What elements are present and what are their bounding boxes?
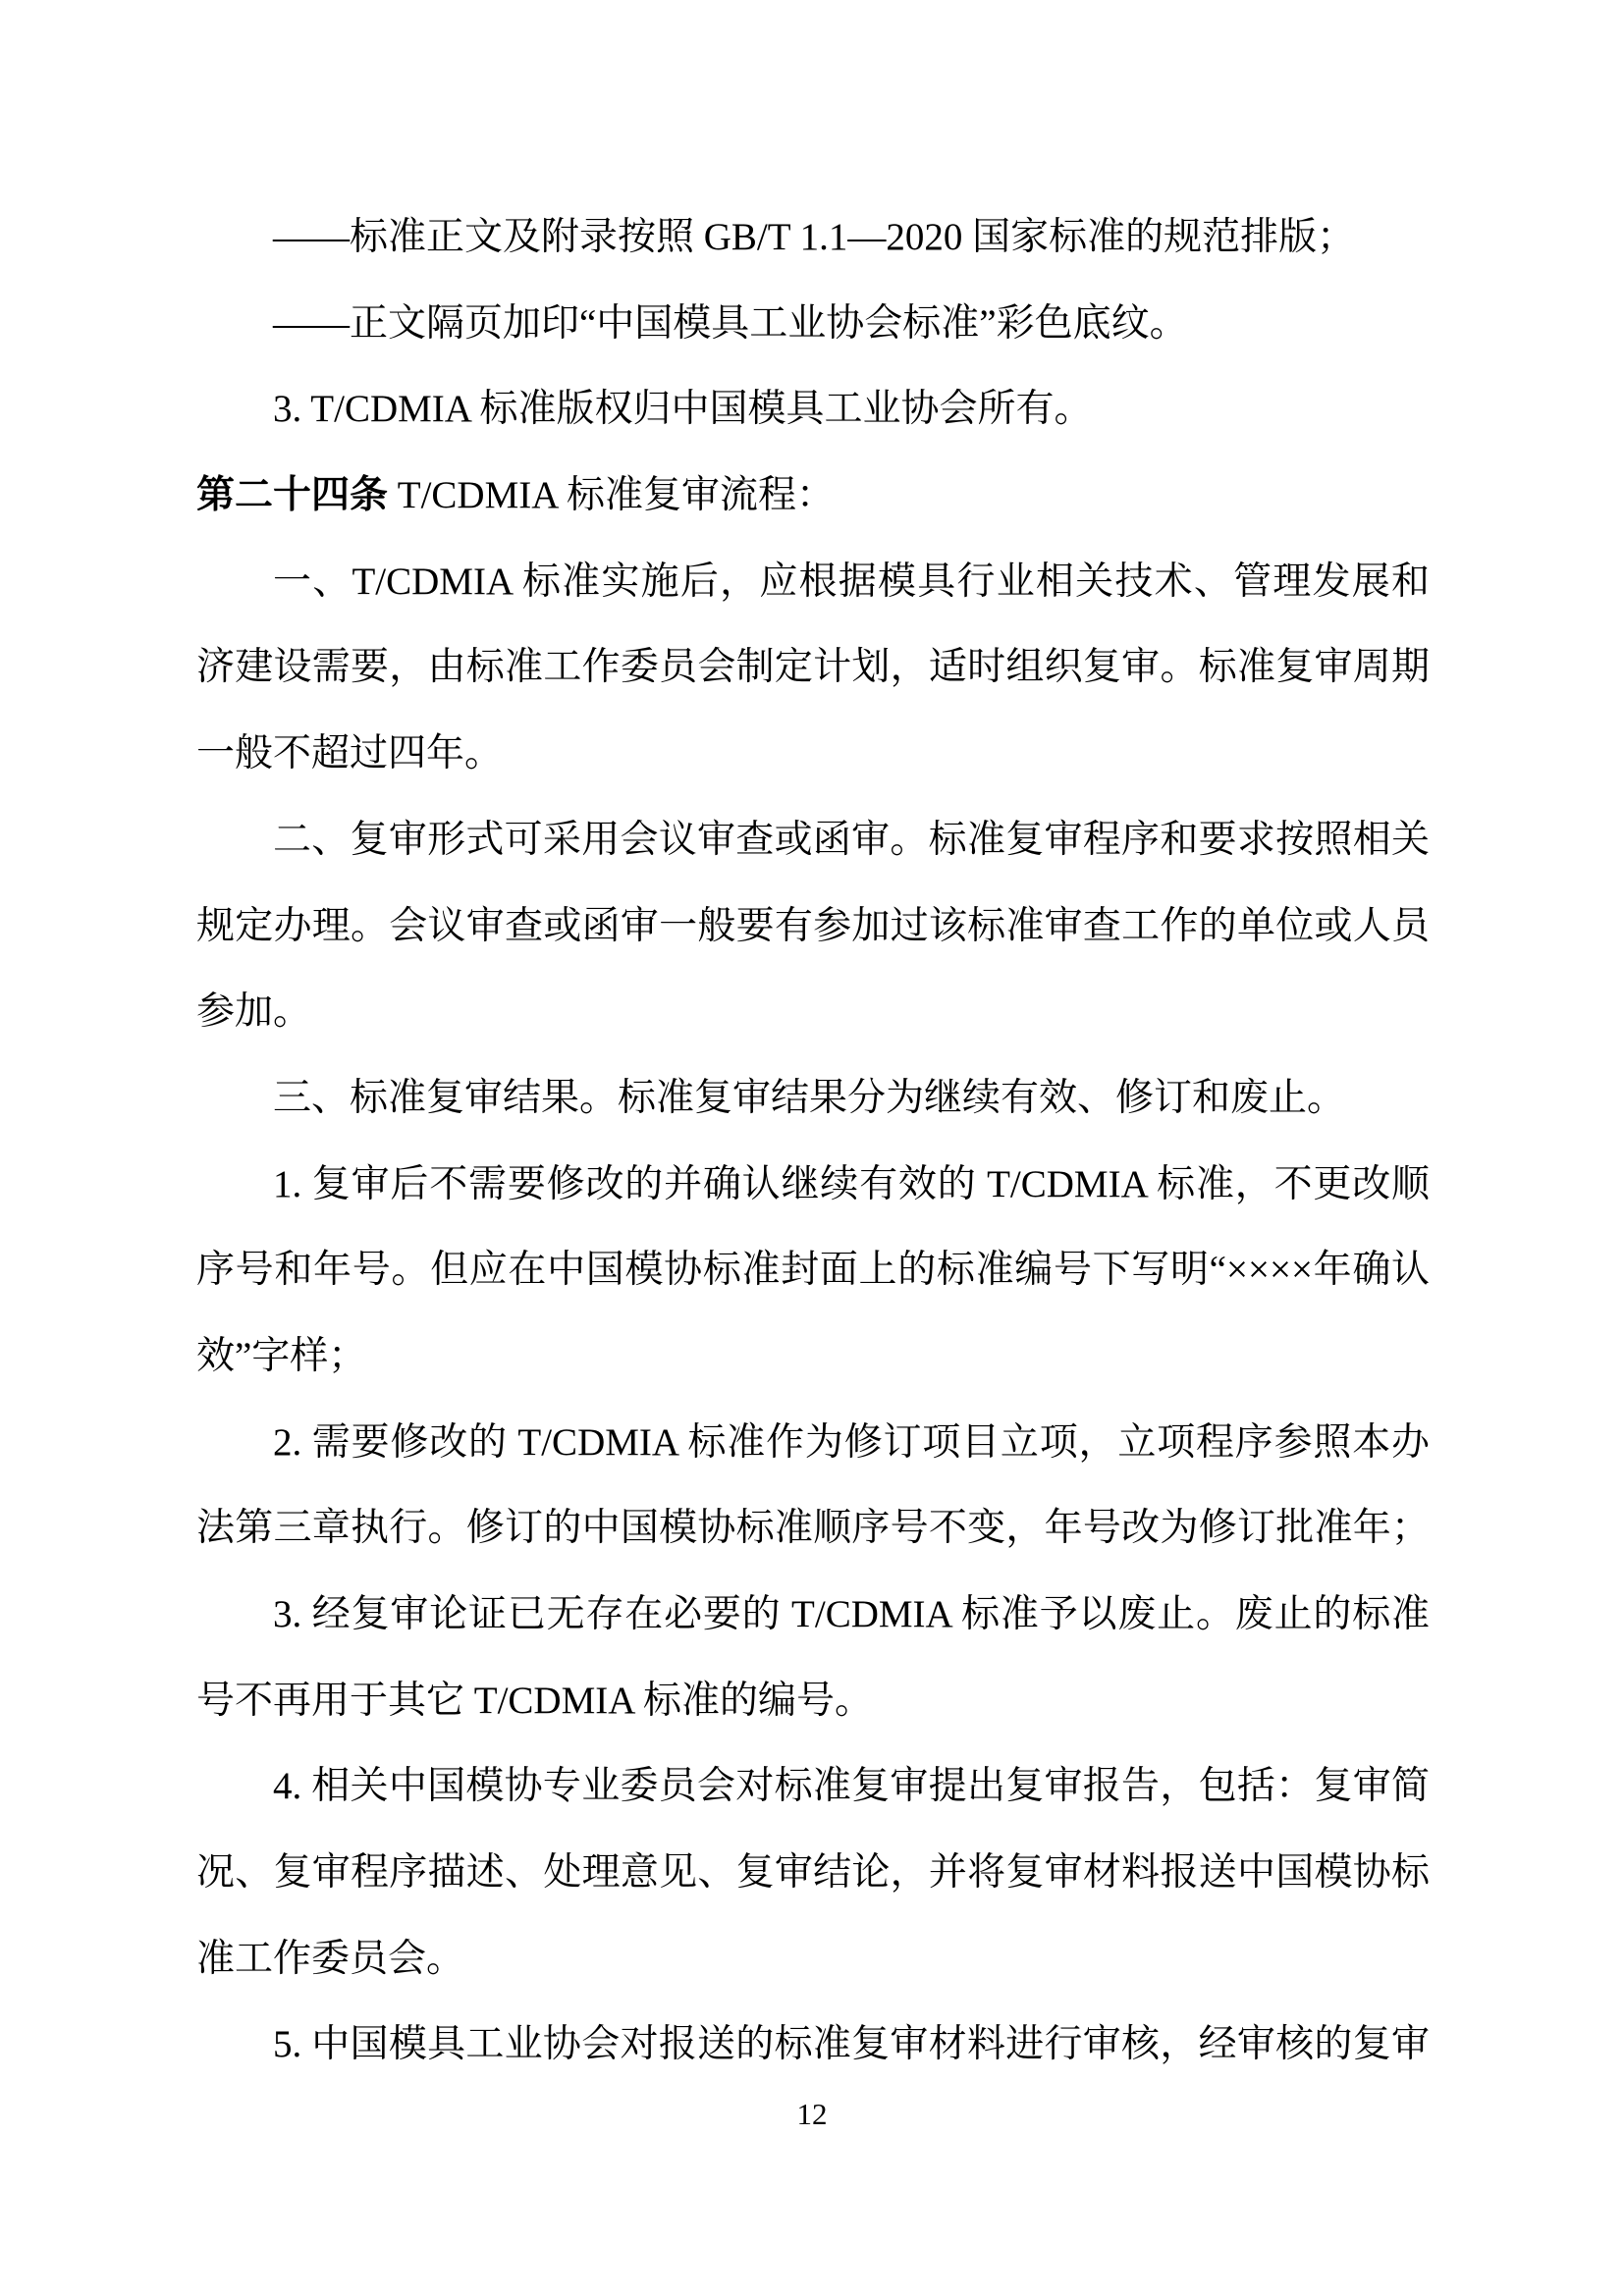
text-line: 二、复审形式可采用会议审查或函审。标准复审程序和要求按照相关: [196, 797, 1430, 883]
text-line: 3. T/CDMIA 标准版权归中国模具工业协会所有。: [196, 366, 1430, 453]
text-line: ——标准正文及附录按照 GB/T 1.1—2020 国家标准的规范排版；: [196, 194, 1430, 281]
text-line: 号不再用于其它 T/CDMIA 标准的编号。: [196, 1658, 1430, 1744]
text-line: 1. 复审后不需要修改的并确认继续有效的 T/CDMIA 标准，不更改顺: [196, 1142, 1430, 1228]
document-page: { "page": { "number": "12", "background_…: [0, 0, 1624, 2296]
article-heading-line: 第二十四条 T/CDMIA 标准复审流程：: [196, 453, 1430, 539]
document-text-block: ——标准正文及附录按照 GB/T 1.1—2020 国家标准的规范排版； ——正…: [196, 194, 1430, 2088]
text-line: 4. 相关中国模协专业委员会对标准复审提出复审报告，包括：复审简: [196, 1743, 1430, 1830]
text-line: 序号和年号。但应在中国模协标准封面上的标准编号下写明“××××年确认有: [196, 1227, 1430, 1313]
text-line: 参加。: [196, 969, 1430, 1055]
article-number: 第二十四条: [196, 474, 388, 516]
text-line: 准工作委员会。: [196, 1916, 1430, 2002]
text-line: 一般不超过四年。: [196, 711, 1430, 797]
text-line: 一、T/CDMIA 标准实施后，应根据模具行业相关技术、管理发展和经: [196, 539, 1430, 625]
page-number: 12: [0, 2097, 1624, 2132]
text-line: 况、复审程序描述、处理意见、复审结论，并将复审材料报送中国模协标: [196, 1830, 1430, 1916]
text-line: 3. 经复审论证已无存在必要的 T/CDMIA 标准予以废止。废止的标准: [196, 1572, 1430, 1658]
text-line: 规定办理。会议审查或函审一般要有参加过该标准审查工作的单位或人员: [196, 883, 1430, 970]
text-line: 效”字样；: [196, 1313, 1430, 1400]
text-line: ——正文隔页加印“中国模具工业协会标准”彩色底纹。: [196, 281, 1430, 367]
text-line: 济建设需要，由标准工作委员会制定计划，适时组织复审。标准复审周期: [196, 624, 1430, 711]
text-line: 5. 中国模具工业协会对报送的标准复审材料进行审核，经审核的复审: [196, 2002, 1430, 2088]
text-line: 三、标准复审结果。标准复审结果分为继续有效、修订和废止。: [196, 1055, 1430, 1142]
text-line: 法第三章执行。修订的中国模协标准顺序号不变，年号改为修订批准年；: [196, 1485, 1430, 1572]
article-title: T/CDMIA 标准复审流程：: [388, 474, 835, 516]
text-line: 2. 需要修改的 T/CDMIA 标准作为修订项目立项，立项程序参照本办: [196, 1400, 1430, 1486]
